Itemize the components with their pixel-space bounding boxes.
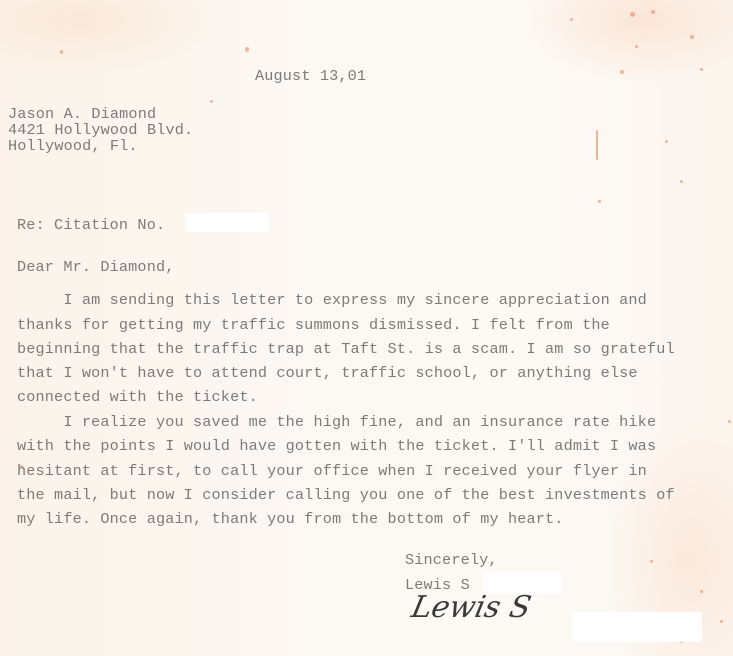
subject-line: Re: Citation No. <box>17 216 165 234</box>
body-line: beginning that the traffic trap at Taft … <box>17 340 675 358</box>
body-line: with the points I would have gotten with… <box>17 437 656 455</box>
body-line: the mail, but now I consider calling you… <box>17 486 675 504</box>
citation-number-redaction <box>185 213 269 232</box>
signature-redaction <box>572 612 702 642</box>
recipient-address-line2: Hollywood, Fl. <box>8 137 138 155</box>
body-line: that I won't have to attend court, traff… <box>17 364 638 382</box>
body-line: my life. Once again, thank you from the … <box>17 510 564 528</box>
letter-date: August 13,01 <box>255 67 366 85</box>
salutation: Dear Mr. Diamond, <box>17 258 175 276</box>
body-line: connected with the ticket. <box>17 388 258 406</box>
closing: Sincerely, <box>405 551 498 569</box>
body-line: hesitant at first, to call your office w… <box>17 462 647 480</box>
body-line: I am sending this letter to express my s… <box>17 291 647 309</box>
body-line: I realize you saved me the high fine, an… <box>17 413 656 431</box>
signature-text: Lewis S <box>408 590 534 625</box>
body-line: thanks for getting my traffic summons di… <box>17 316 610 334</box>
